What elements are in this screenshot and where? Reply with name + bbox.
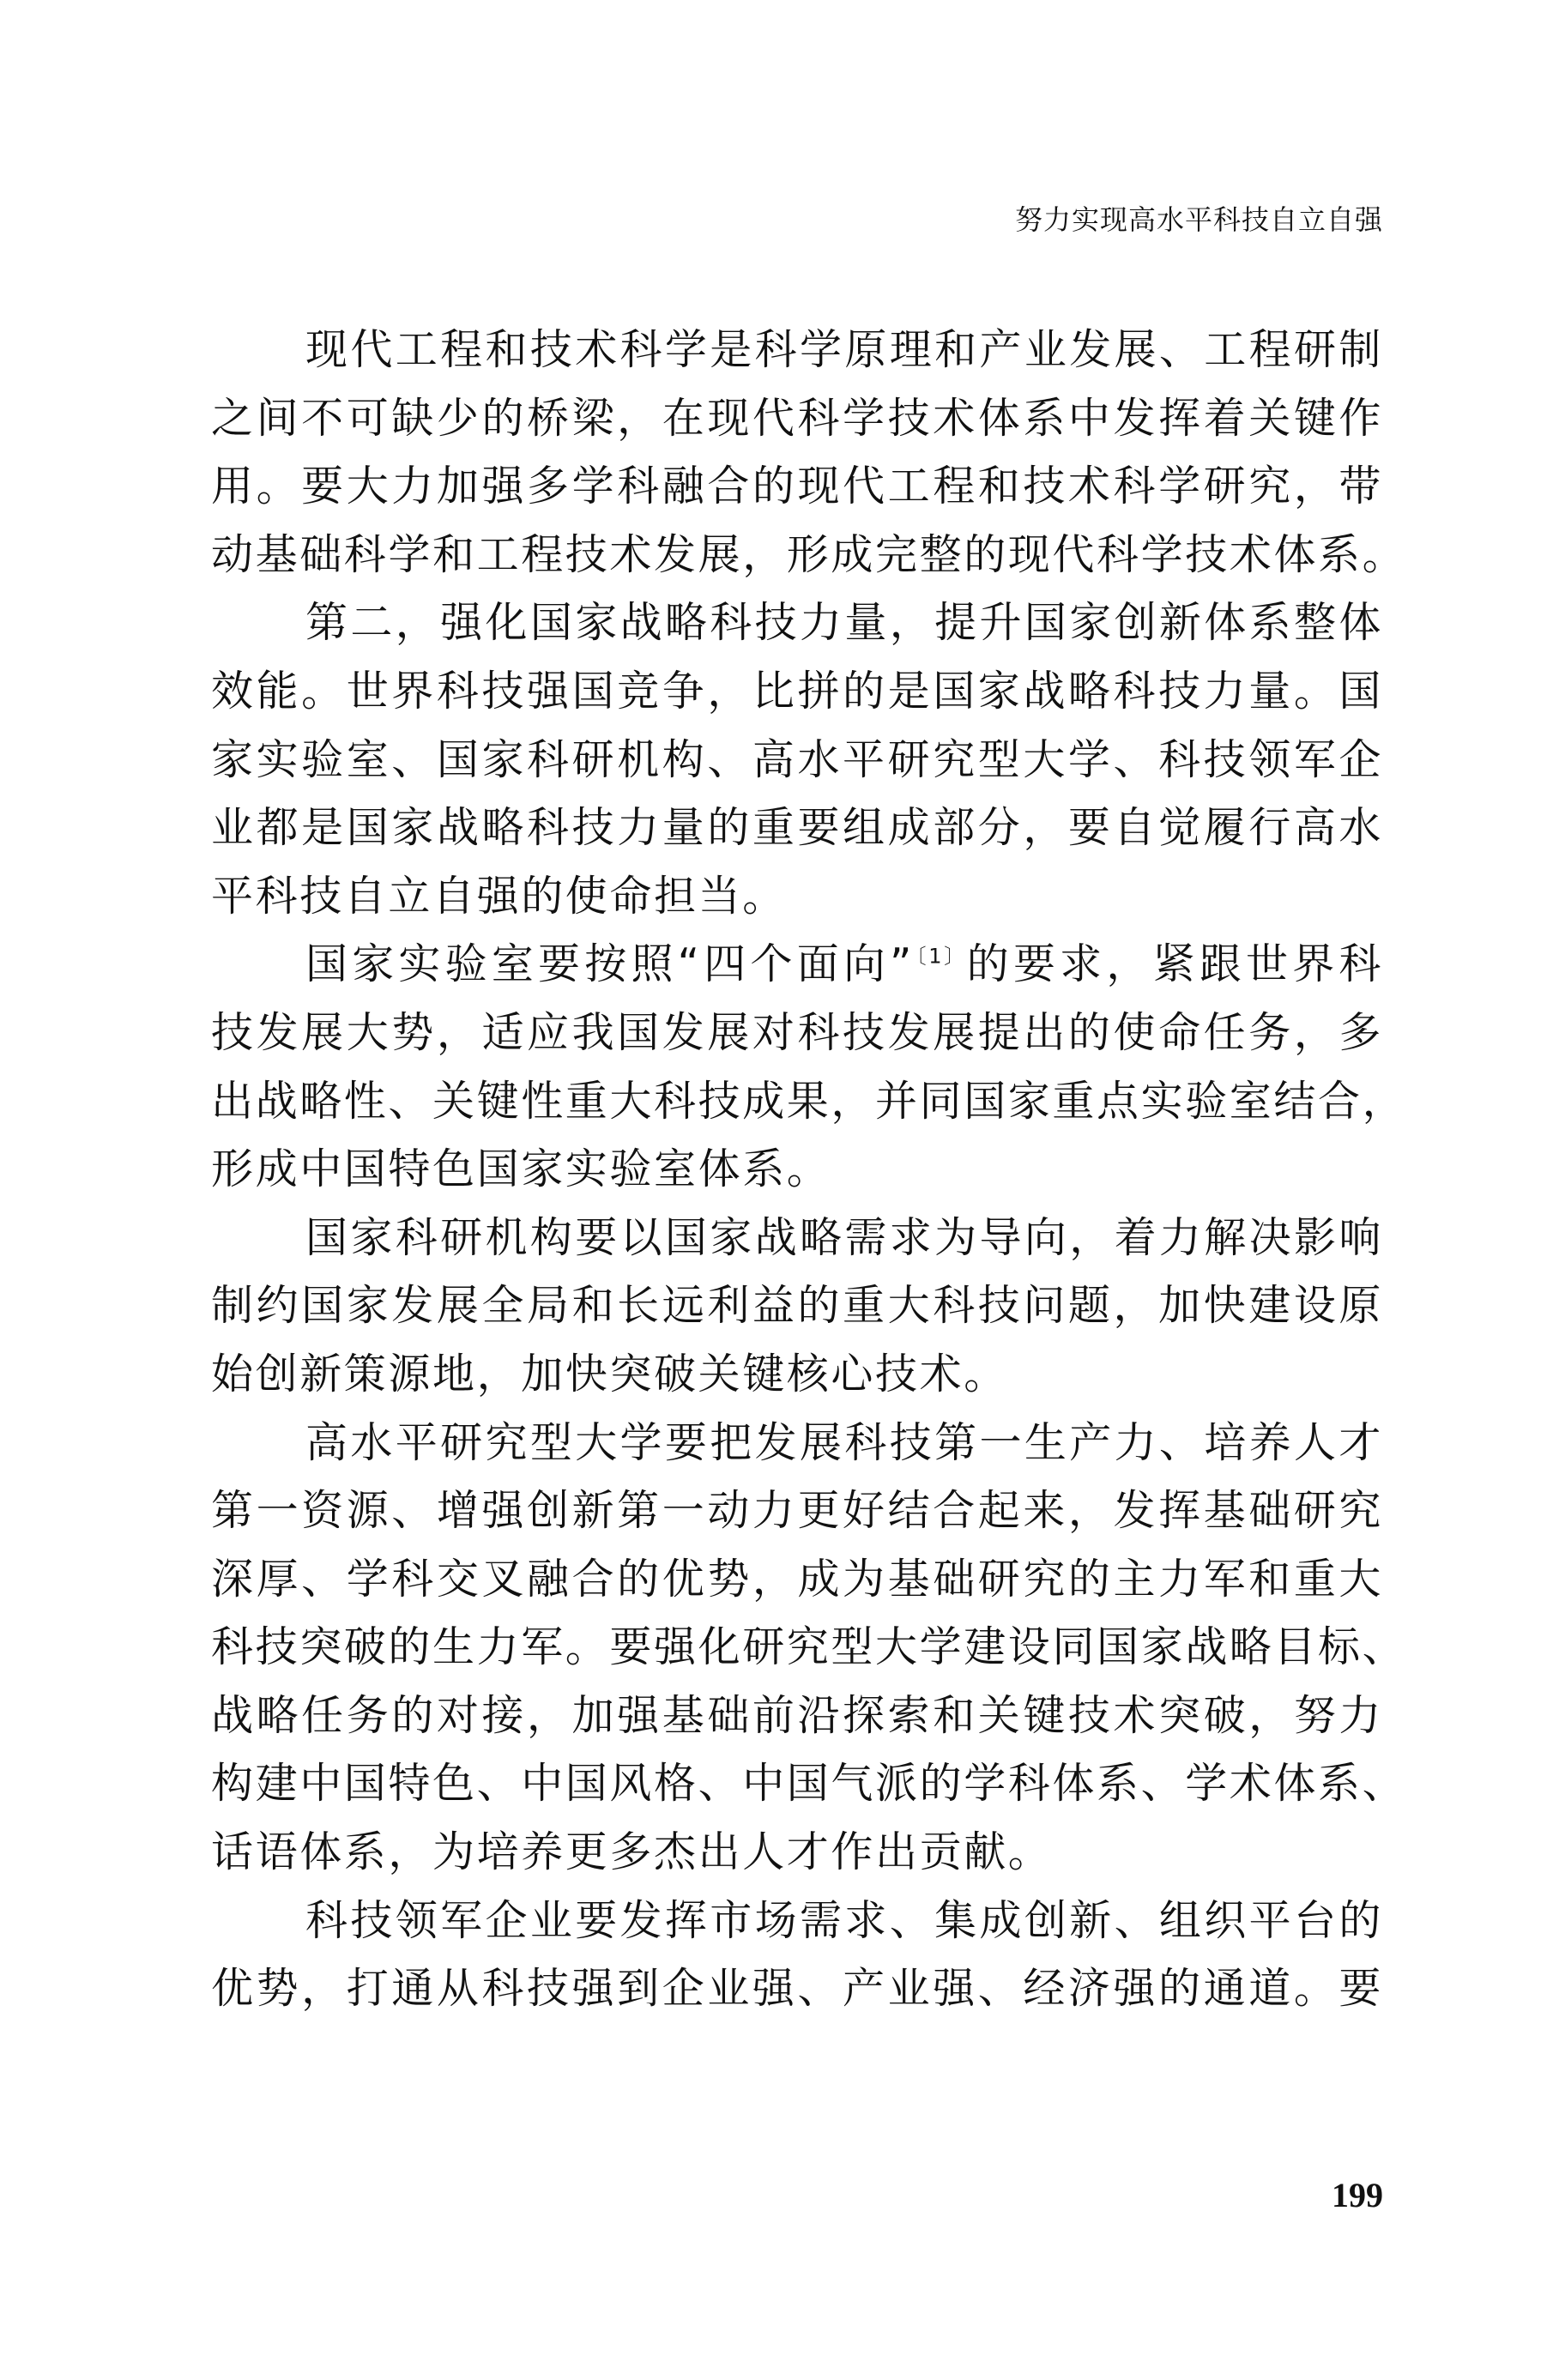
paragraph: 第二，强化国家战略科技力量，提升国家创新体系整体 效能。世界科技强国竞争，比拼的… — [211, 589, 1383, 930]
text-line: 话语体系，为培养更多杰出人才作出贡献。 — [211, 1818, 1383, 1887]
text-line: 技发展大势，适应我国发展对科技发展提出的使命任务，多 — [211, 999, 1383, 1067]
text-line: 国家实验室要按照“四个面向”〔1〕的要求，紧跟世界科 — [211, 930, 1383, 999]
text-line: 用。要大力加强多学科融合的现代工程和技术科学研究，带 — [211, 452, 1383, 521]
book-page: 努力实现高水平科技自立自强 现代工程和技术科学是科学原理和产业发展、工程研制 之… — [0, 0, 1547, 2380]
text-line: 第二，强化国家战略科技力量，提升国家创新体系整体 — [211, 589, 1383, 657]
text-segment: 国家实验室要按照“四个面向” — [305, 939, 914, 988]
text-line: 构建中国特色、中国风格、中国气派的学科体系、学术体系、 — [211, 1749, 1383, 1818]
text-line: 始创新策源地，加快突破关键核心技术。 — [211, 1340, 1383, 1409]
text-line: 效能。世界科技强国竞争，比拼的是国家战略科技力量。国 — [211, 657, 1383, 726]
paragraph: 国家科研机构要以国家战略需求为导向，着力解决影响 制约国家发展全局和长远利益的重… — [211, 1204, 1383, 1409]
text-line: 家实验室、国家科研机构、高水平研究型大学、科技领军企 — [211, 726, 1383, 794]
text-line: 出战略性、关键性重大科技成果，并同国家重点实验室结合， — [211, 1067, 1383, 1136]
page-number: 199 — [1278, 2174, 1383, 2217]
text-line: 制约国家发展全局和长远利益的重大科技问题，加快建设原 — [211, 1272, 1383, 1340]
text-line: 科技突破的生力军。要强化研究型大学建设同国家战略目标、 — [211, 1613, 1383, 1682]
text-line: 高水平研究型大学要把发展科技第一生产力、培养人才 — [211, 1409, 1383, 1477]
paragraph: 国家实验室要按照“四个面向”〔1〕的要求，紧跟世界科 技发展大势，适应我国发展对… — [211, 930, 1383, 1203]
paragraph: 高水平研究型大学要把发展科技第一生产力、培养人才 第一资源、增强创新第一动力更好… — [211, 1409, 1383, 1887]
text-line: 动基础科学和工程技术发展，形成完整的现代科学技术体系。 — [211, 521, 1383, 589]
text-line: 优势，打通从科技强到企业强、产业强、经济强的通道。要 — [211, 1954, 1383, 2023]
footnote-reference[interactable]: 〔1〕 — [914, 945, 967, 969]
text-line: 第一资源、增强创新第一动力更好结合起来，发挥基础研究 — [211, 1477, 1383, 1545]
text-line: 之间不可缺少的桥梁，在现代科学技术体系中发挥着关键作 — [211, 384, 1383, 453]
running-head: 努力实现高水平科技自立自强 — [951, 202, 1383, 237]
text-line: 平科技自立自强的使命担当。 — [211, 862, 1383, 931]
text-line: 业都是国家战略科技力量的重要组成部分，要自觉履行高水 — [211, 794, 1383, 862]
text-line: 国家科研机构要以国家战略需求为导向，着力解决影响 — [211, 1204, 1383, 1272]
text-segment: 的要求，紧跟世界科 — [967, 939, 1383, 988]
text-line: 现代工程和技术科学是科学原理和产业发展、工程研制 — [211, 316, 1383, 384]
paragraph: 现代工程和技术科学是科学原理和产业发展、工程研制 之间不可缺少的桥梁，在现代科学… — [211, 316, 1383, 589]
text-line: 战略任务的对接，加强基础前沿探索和关键技术突破，努力 — [211, 1682, 1383, 1750]
text-line: 科技领军企业要发挥市场需求、集成创新、组织平台的 — [211, 1887, 1383, 1955]
body-text: 现代工程和技术科学是科学原理和产业发展、工程研制 之间不可缺少的桥梁，在现代科学… — [211, 316, 1383, 2023]
text-line: 形成中国特色国家实验室体系。 — [211, 1135, 1383, 1204]
text-line: 深厚、学科交叉融合的优势，成为基础研究的主力军和重大 — [211, 1545, 1383, 1614]
paragraph: 科技领军企业要发挥市场需求、集成创新、组织平台的 优势，打通从科技强到企业强、产… — [211, 1887, 1383, 2023]
